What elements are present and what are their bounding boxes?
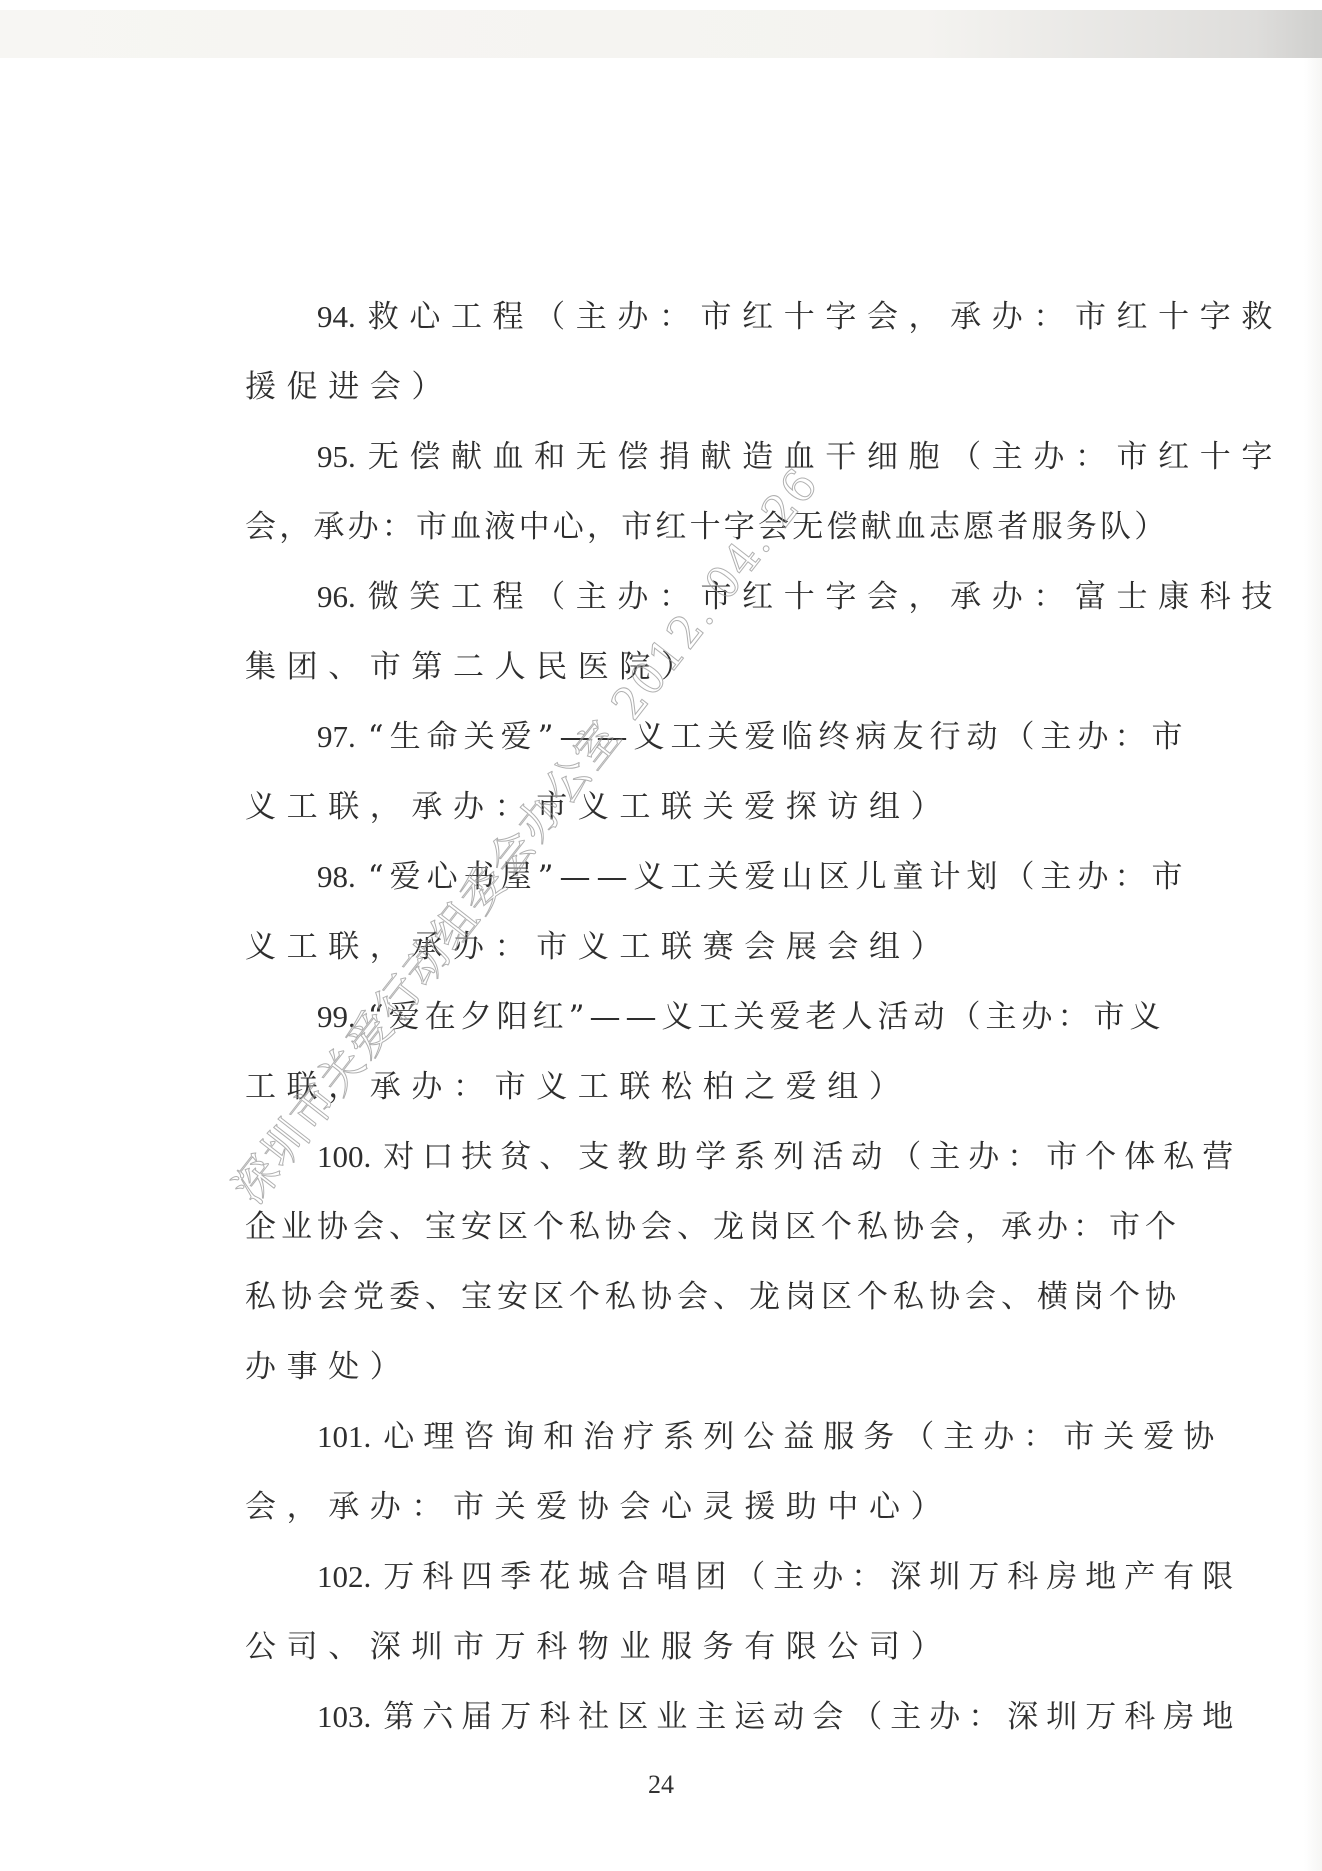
- page-number: 24: [0, 1770, 1322, 1800]
- item-number: 101.: [317, 1419, 371, 1454]
- item-continuation: 企业协会、宝安区个私协会、龙岗区个私协会，承办：市个: [245, 1192, 1235, 1262]
- item-continuation: 办事处）: [245, 1332, 1235, 1402]
- item-continuation: 援促进会）: [245, 352, 1235, 422]
- document-page: 94.救心工程（主办：市红十字会，承办：市红十字救 援促进会） 95.无偿献血和…: [0, 0, 1322, 1871]
- item-continuation: 义工联，承办：市义工联关爱探访组）: [245, 772, 1235, 842]
- list-item-94: 94.救心工程（主办：市红十字会，承办：市红十字救: [245, 282, 1235, 352]
- list-item-98: 98.“爱心书屋”——义工关爱山区儿童计划（主办：市: [245, 842, 1235, 912]
- list-item-100: 100.对口扶贫、支教助学系列活动（主办：市个体私营: [245, 1122, 1235, 1192]
- item-continuation: 会，承办：市关爱协会心灵援助中心）: [245, 1472, 1235, 1542]
- item-number: 100.: [317, 1139, 371, 1174]
- item-number: 97.: [317, 719, 356, 754]
- item-text: 无偿献血和无偿捐献造血干细胞（主办：市红十字: [368, 439, 1283, 475]
- item-number: 103.: [317, 1699, 371, 1734]
- item-continuation: 工联，承办：市义工联松柏之爱组）: [245, 1052, 1235, 1122]
- item-continuation: 公司、深圳市万科物业服务有限公司）: [245, 1612, 1235, 1682]
- list-item-101: 101.心理咨询和治疗系列公益服务（主办：市关爱协: [245, 1402, 1235, 1472]
- item-continuation: 私协会党委、宝安区个私协会、龙岗区个私协会、横岗个协: [245, 1262, 1235, 1332]
- item-number: 94.: [317, 299, 356, 334]
- item-continuation: 集团、市第二人民医院）: [245, 632, 1235, 702]
- item-text: 心理咨询和治疗系列公益服务（主办：市关爱协: [383, 1419, 1223, 1455]
- list-item-103: 103.第六届万科社区业主运动会（主办：深圳万科房地: [245, 1682, 1235, 1752]
- item-number: 96.: [317, 579, 356, 614]
- list-item-97: 97.“生命关爱”——义工关爱临终病友行动（主办：市: [245, 702, 1235, 772]
- item-text: 第六届万科社区业主运动会（主办：深圳万科房地: [383, 1699, 1241, 1735]
- list-item-102: 102.万科四季花城合唱团（主办：深圳万科房地产有限: [245, 1542, 1235, 1612]
- list-item-95: 95.无偿献血和无偿捐献造血干细胞（主办：市红十字: [245, 422, 1235, 492]
- item-text: 对口扶贫、支教助学系列活动（主办：市个体私营: [383, 1139, 1241, 1175]
- item-text: 救心工程（主办：市红十字会，承办：市红十字救: [368, 299, 1283, 335]
- item-number: 102.: [317, 1559, 371, 1594]
- item-text: 微笑工程（主办：市红十字会，承办：富士康科技: [368, 579, 1283, 615]
- item-number: 95.: [317, 439, 356, 474]
- item-text: “生命关爱”——义工关爱临终病友行动（主办：市: [368, 719, 1189, 755]
- item-number: 98.: [317, 859, 356, 894]
- item-text: 万科四季花城合唱团（主办：深圳万科房地产有限: [383, 1559, 1241, 1595]
- item-text: “爱在夕阳红”——义工关爱老人活动（主办：市义: [368, 999, 1166, 1035]
